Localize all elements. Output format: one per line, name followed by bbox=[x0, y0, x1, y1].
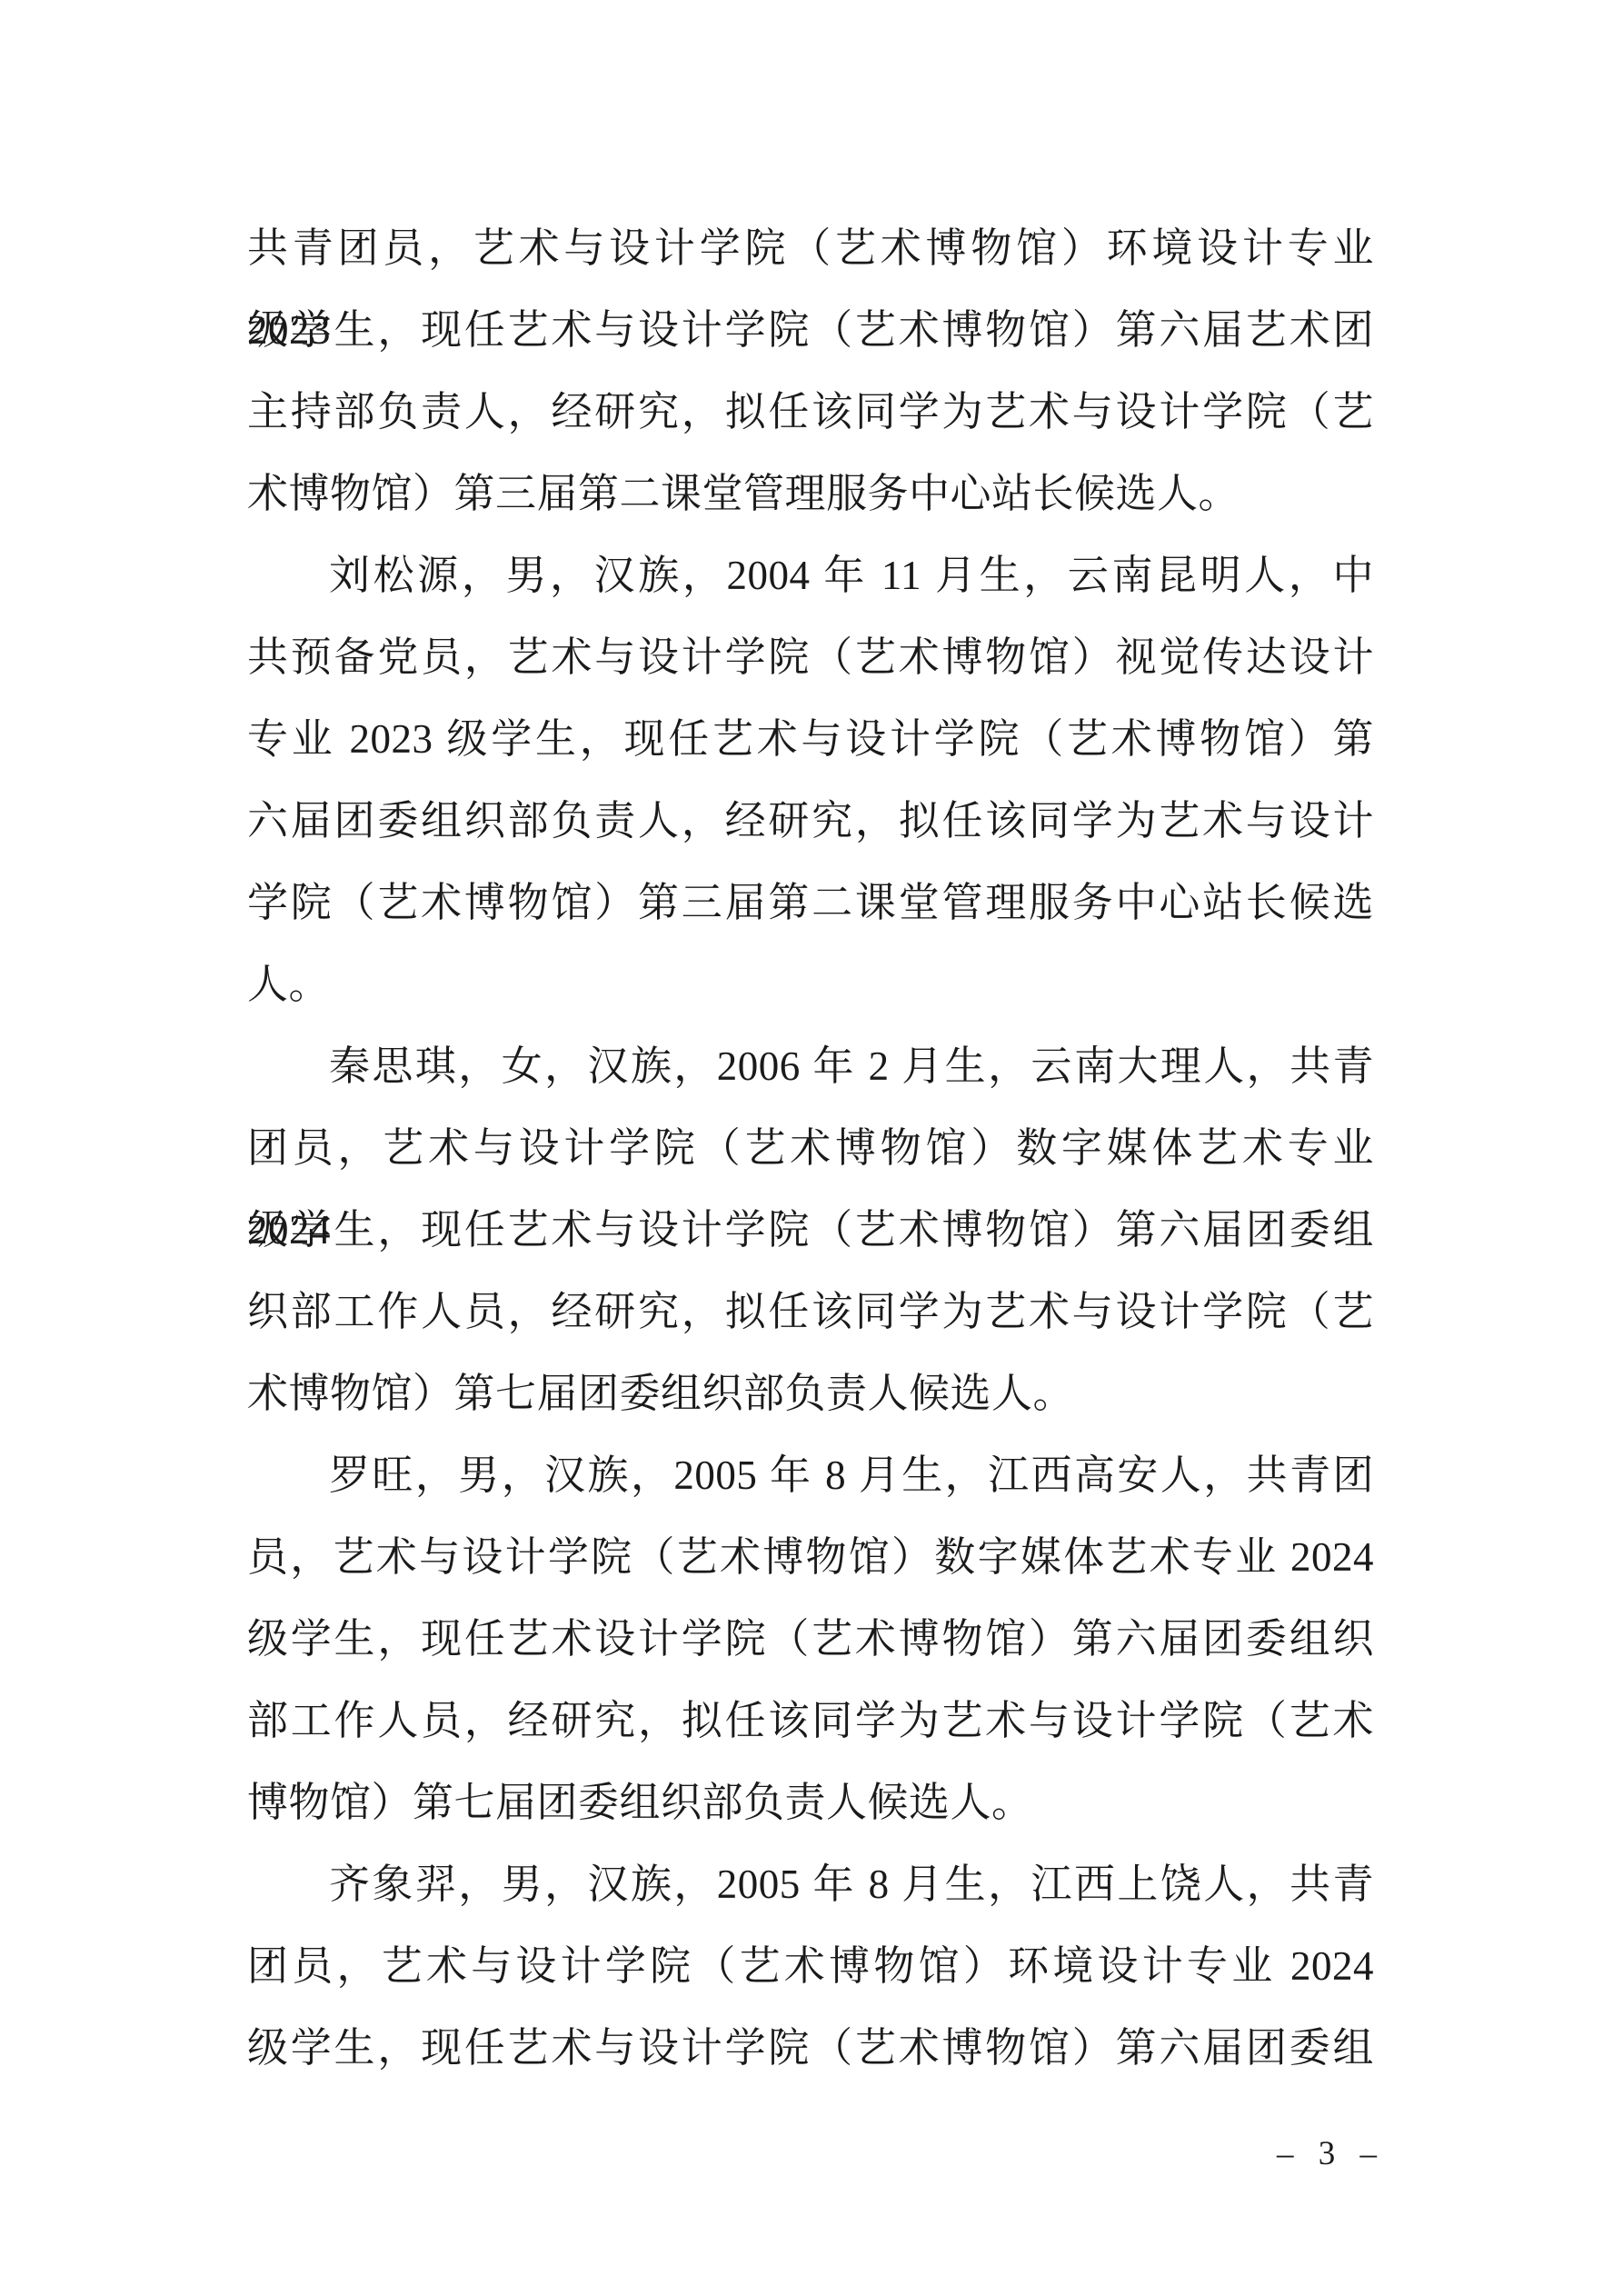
body-text-line: 主持部负责人，经研究，拟任该同学为艺术与设计学院（艺 bbox=[247, 371, 1374, 453]
body-text-line: 部工作人员，经研究，拟任该同学为艺术与设计学院（艺术 bbox=[247, 1680, 1374, 1762]
body-text-line: 专业 2023 级学生，现任艺术与设计学院（艺术博物馆）第 bbox=[247, 698, 1374, 780]
body-text-line: 博物馆）第七届团委组织部负责人候选人。 bbox=[247, 1762, 1374, 1843]
body-text-line: 级学生，现任艺术设计学院（艺术博物馆）第六届团委组织 bbox=[247, 1598, 1374, 1680]
page-number: – 3 – bbox=[1277, 2134, 1378, 2174]
body-text-line: 刘松源，男，汉族，2004 年 11 月生，云南昆明人，中 bbox=[247, 534, 1374, 616]
body-text-line: 术博物馆）第三届第二课堂管理服务中心站长候选人。 bbox=[247, 453, 1374, 534]
body-text-line: 六届团委组织部负责人，经研究，拟任该同学为艺术与设计 bbox=[247, 780, 1374, 862]
body-text-line: 术博物馆）第七届团委组织部负责人候选人。 bbox=[247, 1353, 1374, 1434]
body-text-line: 级学生，现任艺术与设计学院（艺术博物馆）第六届团委组 bbox=[247, 2007, 1374, 2089]
body-text-line: 级学生，现任艺术与设计学院（艺术博物馆）第六届团委组 bbox=[247, 1189, 1374, 1271]
body-text-line: 员，艺术与设计学院（艺术博物馆）数字媒体艺术专业 2024 bbox=[247, 1516, 1374, 1598]
document-body: 共青团员，艺术与设计学院（艺术博物馆）环境设计专业 2023 级学生，现任艺术与… bbox=[247, 207, 1374, 2089]
body-text-line: 织部工作人员，经研究，拟任该同学为艺术与设计学院（艺 bbox=[247, 1271, 1374, 1353]
body-text-line: 共青团员，艺术与设计学院（艺术博物馆）环境设计专业 2023 bbox=[247, 207, 1374, 289]
body-text-line: 团员，艺术与设计学院（艺术博物馆）环境设计专业 2024 bbox=[247, 1925, 1374, 2007]
body-text-line: 秦思琪，女，汉族，2006 年 2 月生，云南大理人，共青 bbox=[247, 1025, 1374, 1107]
body-text-line: 罗旺，男，汉族，2005 年 8 月生，江西高安人，共青团 bbox=[247, 1434, 1374, 1516]
body-text-line: 人。 bbox=[247, 943, 1374, 1025]
document-page: 共青团员，艺术与设计学院（艺术博物馆）环境设计专业 2023 级学生，现任艺术与… bbox=[0, 0, 1623, 2296]
body-text-line: 共预备党员，艺术与设计学院（艺术博物馆）视觉传达设计 bbox=[247, 616, 1374, 698]
body-text-line: 齐象羿，男，汉族，2005 年 8 月生，江西上饶人，共青 bbox=[247, 1843, 1374, 1925]
body-text-line: 团员，艺术与设计学院（艺术博物馆）数字媒体艺术专业 2024 bbox=[247, 1107, 1374, 1189]
body-text-line: 学院（艺术博物馆）第三届第二课堂管理服务中心站长候选 bbox=[247, 862, 1374, 943]
body-text-line: 级学生，现任艺术与设计学院（艺术博物馆）第六届艺术团 bbox=[247, 289, 1374, 371]
